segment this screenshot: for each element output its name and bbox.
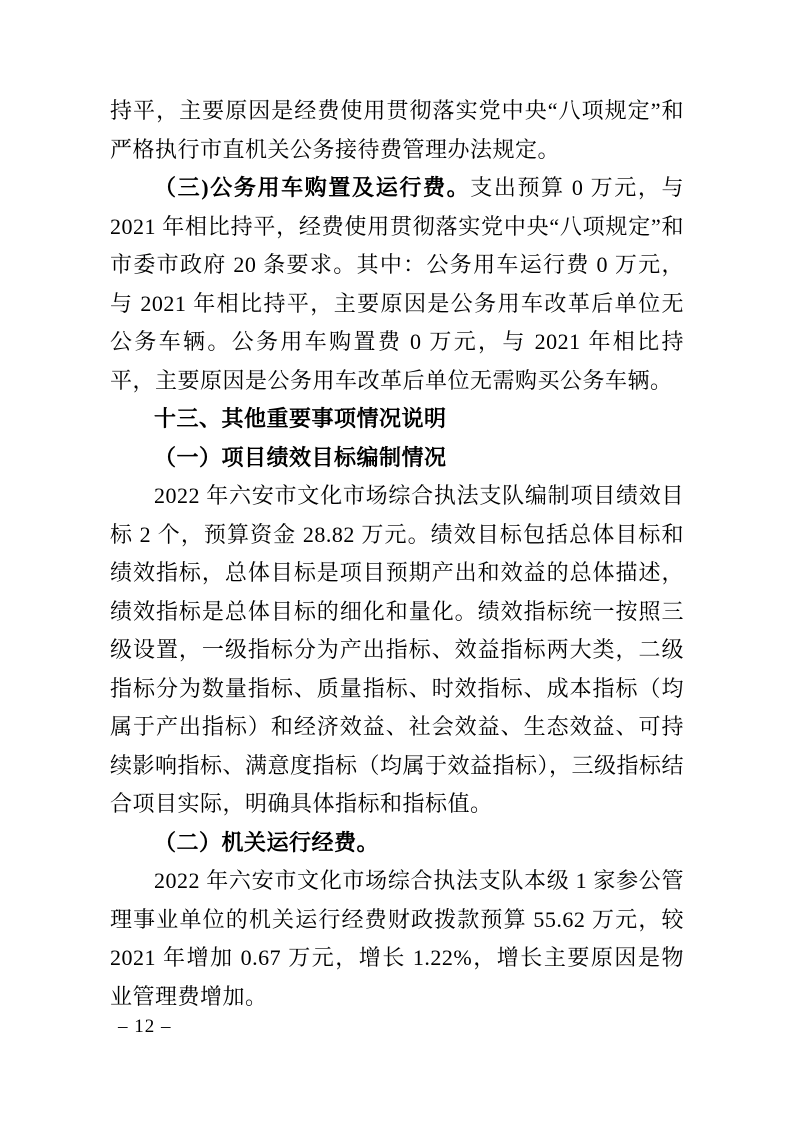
paragraph-performance-targets: 2022 年六安市文化市场综合执法支队编制项目绩效目标 2 个，预算资金 28.… (110, 477, 684, 824)
document-page: 持平，主要原因是经费使用贯彻落实党中央“八项规定”和严格执行市直机关公务接待费管… (0, 0, 793, 1122)
heading-item-2-operating-funds: （二）机关运行经费。 (110, 824, 684, 863)
paragraph-hospitality-continuation: 持平，主要原因是经费使用贯彻落实党中央“八项规定”和严格执行市直机关公务接待费管… (110, 92, 684, 169)
paragraph-official-vehicle: （三)公务用车购置及运行费。支出预算 0 万元，与 2021 年相比持平，经费使… (110, 169, 684, 400)
heading-item-1-performance-targets: （一）项目绩效目标编制情况 (110, 439, 684, 478)
paragraph-body-official-vehicle: 支出预算 0 万元，与 2021 年相比持平，经费使用贯彻落实党中央“八项规定”… (110, 175, 684, 393)
paragraph-lead-official-vehicle: （三)公务用车购置及运行费。 (154, 175, 470, 200)
page-number-footer: – 12 – (118, 1012, 172, 1042)
document-body: 持平，主要原因是经费使用贯彻落实党中央“八项规定”和严格执行市直机关公务接待费管… (110, 92, 684, 1016)
paragraph-operating-funds: 2022 年六安市文化市场综合执法支队本级 1 家参公管理事业单位的机关运行经费… (110, 862, 684, 1016)
heading-section-13: 十三、其他重要事项情况说明 (110, 400, 684, 439)
